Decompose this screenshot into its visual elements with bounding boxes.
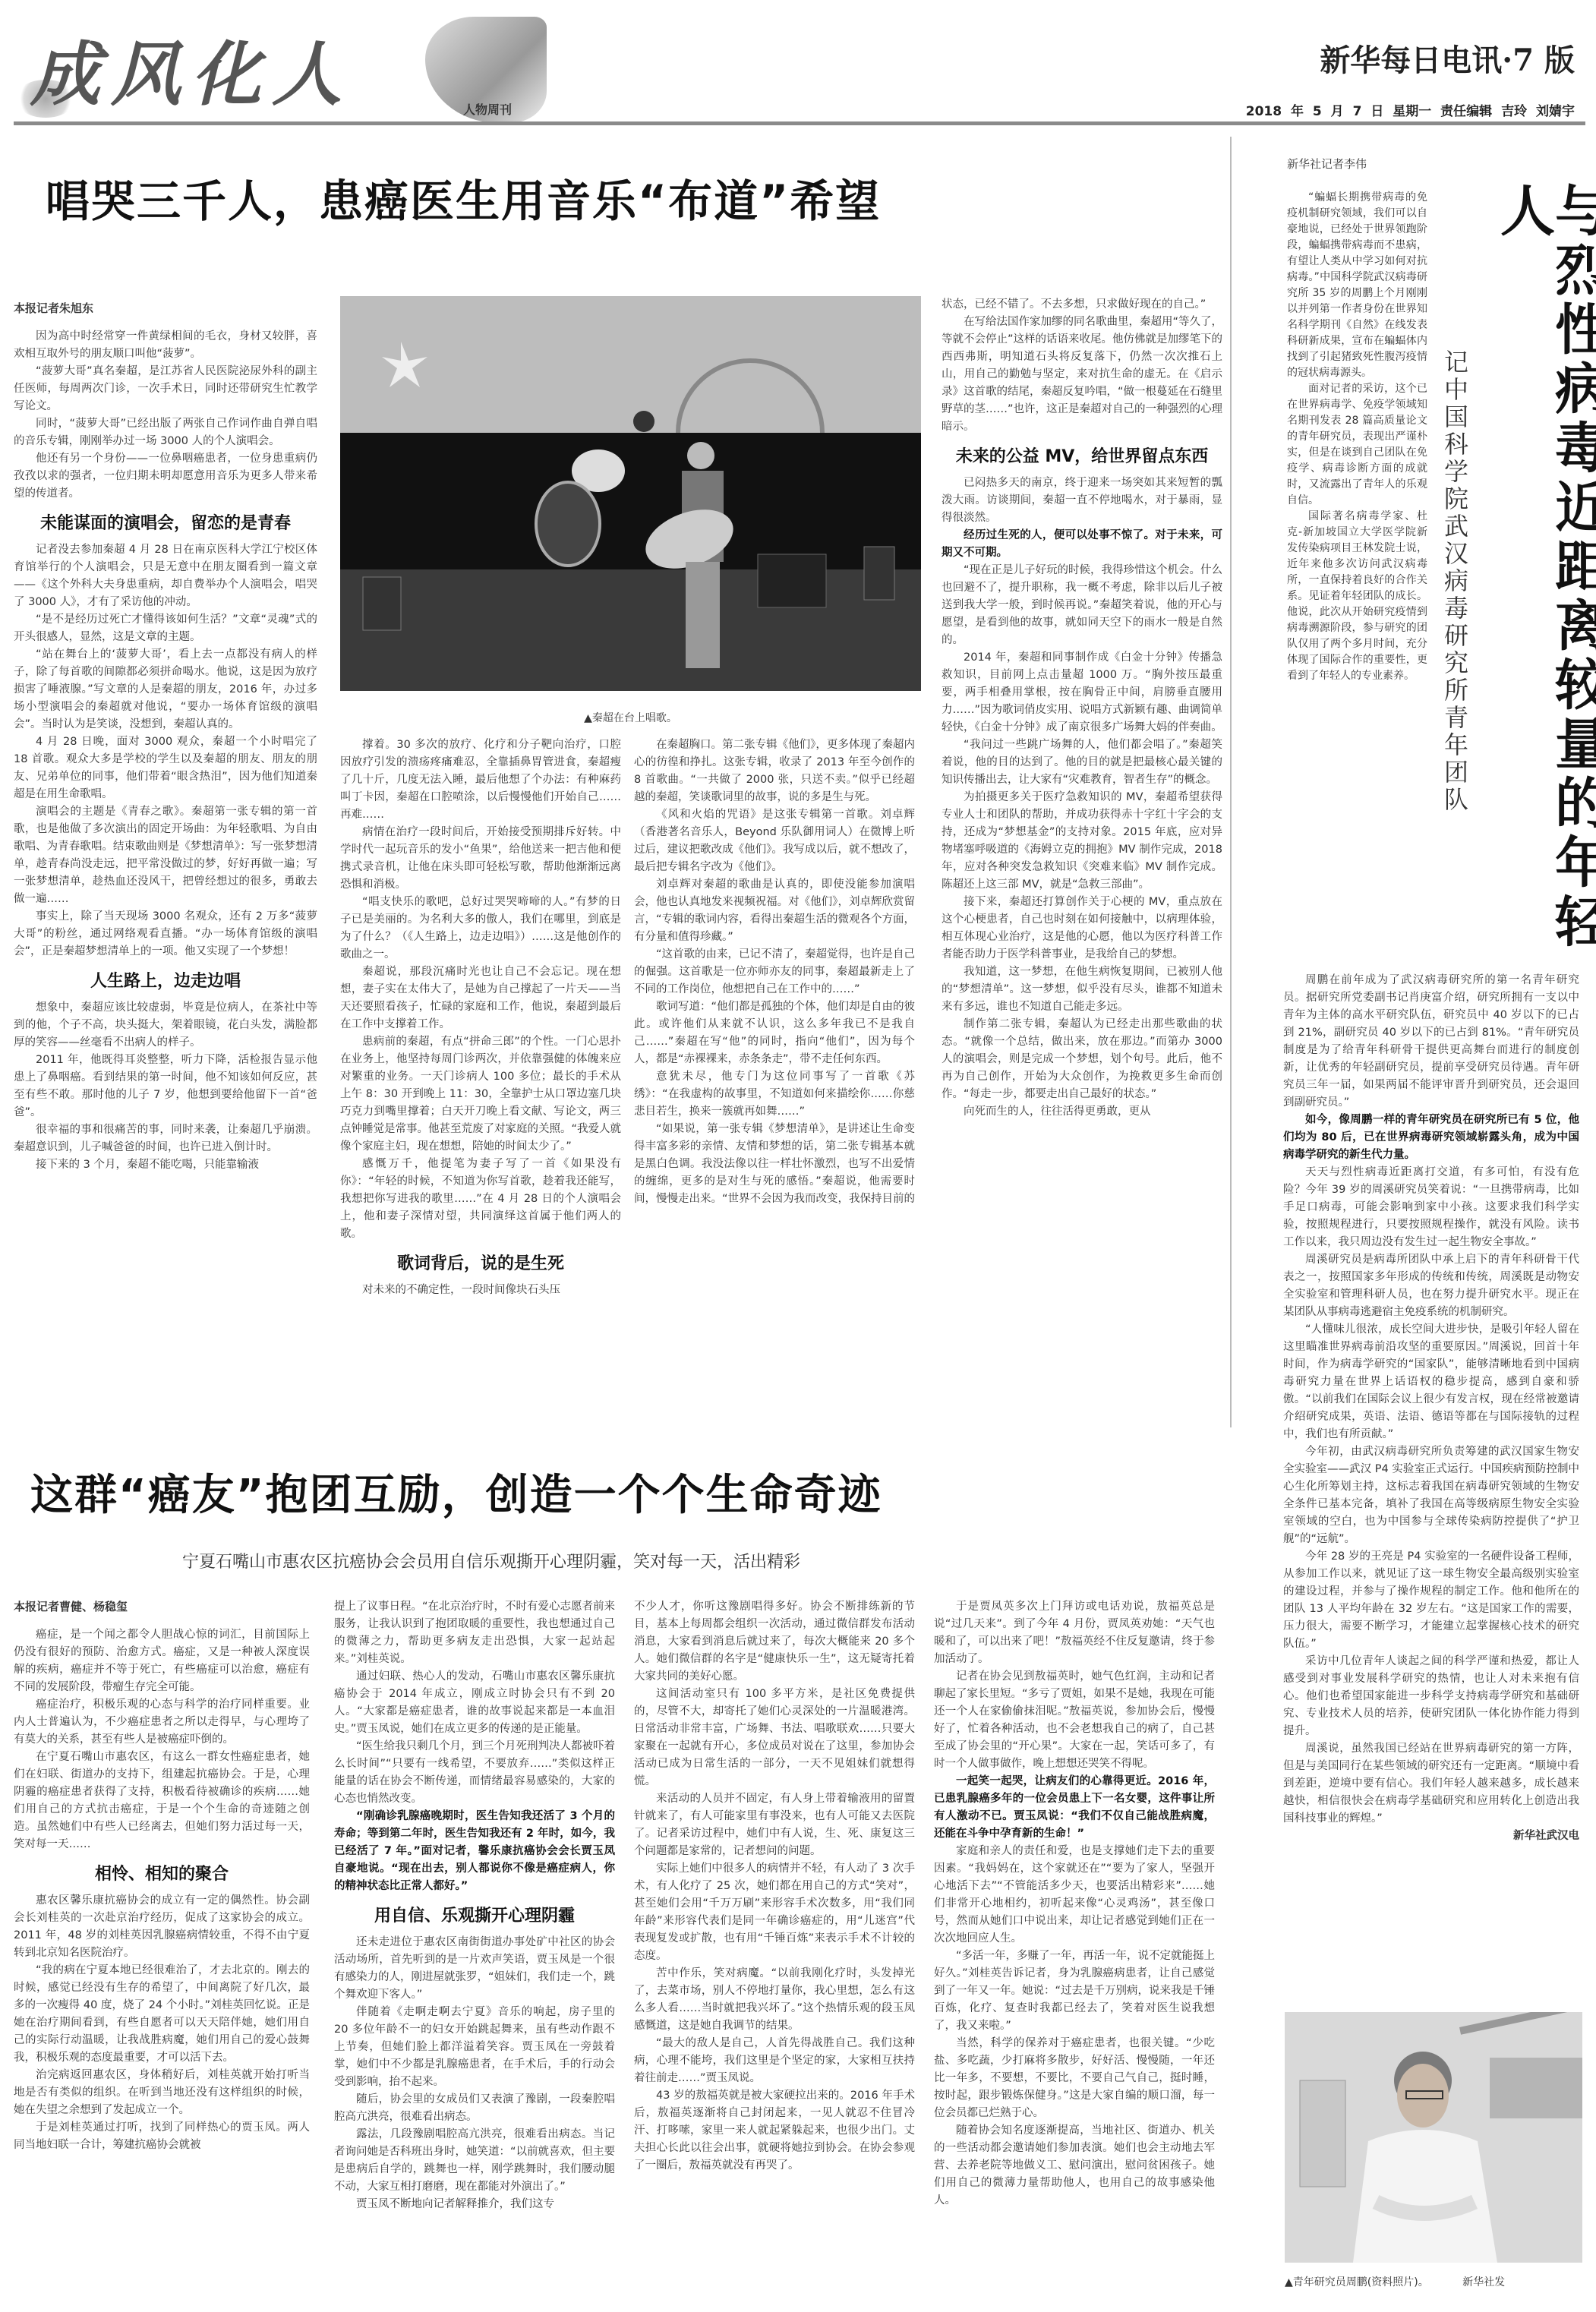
caption-text: ▲青年研究员周鹏(资料照片)。 <box>1285 2276 1429 2288</box>
paragraph: 来活动的人员并不固定，有人身上带着输液用的留置针就来了，有人可能家里有事没来，也… <box>634 1790 915 1860</box>
paragraph: 想象中，秦超应该比较虚弱，毕竟是位病人，在茶社中等到的他，个子不高，块头挺大，架… <box>14 999 317 1052</box>
paper-name: 新华每日电讯·7 版 <box>1320 36 1575 80</box>
paragraph: 家庭和亲人的责任和爱，也是支撑她们走下去的重要因素。“我妈妈在，这个家就还在”“… <box>934 1843 1215 1948</box>
paragraph: 贾玉凤不断地向记者解释推介，我们这专 <box>334 2196 615 2213</box>
paragraph: 还未走进位于惠农区南街街道办事处矿中社区的协会活动场所，首先听到的是一片欢声笑语… <box>334 1934 615 2004</box>
paragraph: 随着协会知名度逐渐提高，当地社区、街道办、机关的一些活动都会邀请她们参加表演。她… <box>934 2122 1215 2209</box>
paragraph: “现在正是儿子好玩的时候，我得珍惜这个机会。什么也回避不了，提升职称，我一概不考… <box>942 562 1222 649</box>
paragraph: “我的病在宁夏本地已经很难治了，才去北京的。刚去的时候，感觉已经没有生存的希望了… <box>14 1962 310 2067</box>
paragraph: “医生给我只剩几个月，到三个月死刑判决人都被吓着么长时间”“只要有一线希望，不要… <box>334 1738 615 1808</box>
column-divider <box>1230 137 1232 1427</box>
paragraph: 这间活动室只有 100 多平方米，是社区免费提供的，尽管不大，却寄托了她们心灵深… <box>634 1686 915 1790</box>
paragraph: 惠农区馨乐康抗癌协会的成立有一定的偶然性。协会副会长刘桂英的一次赴京治疗经历，促… <box>14 1892 310 1962</box>
paragraph: 制作第二张专辑，秦超认为已经走出那些歌曲的状态。“就像一个总结，做出来，放在那边… <box>942 1016 1222 1103</box>
paragraph: 提上了议事日程。“在北京治疗时，不时有爱心志愿者前来服务，让我认识到了抱团取暖的… <box>334 1598 615 1668</box>
paragraph: 经历过生死的人，便可以处事不惊了。对于未来，可期又不可期。 <box>942 527 1222 562</box>
paragraph: 实际上她们中很多人的病情并不轻，有人动了 3 次手术，有人化疗了 25 次，她们… <box>634 1860 915 1965</box>
paragraph: 同时，“菠萝大哥”已经出版了两张自己作词作曲自弹自唱的音乐专辑，刚刚举办过一场 … <box>14 415 317 450</box>
story1-col1: 本报记者朱旭东 因为高中时经常穿一件黄绿相间的毛衣，身材又较胖，喜欢相互取外号的… <box>14 300 317 1174</box>
story2-headline[interactable]: 这群“癌友”抱团互励，创造一个个生命奇迹 <box>30 1462 882 1522</box>
paragraph: 刘卓辉对秦超的歌曲是认真的，即使没能参加演唱会，他也认真地发来视频祝福。对《他们… <box>634 876 915 946</box>
paragraph: “站在舞台上的‘菠萝大哥’，看上去一点都没有病人的样子，除了每首歌的间隙都必须拼… <box>14 646 317 733</box>
paragraph: 我知道，这一梦想，在他生病恢复期间，已被别人他的“梦想清单”。这一梦想，似乎没有… <box>942 964 1222 1016</box>
paragraph: “唱支快乐的歌吧，总好过哭哭啼啼的人。”有梦的日子已是美丽的。为名利大多的傲人，… <box>340 894 621 964</box>
story1-col4: 状态，已经不错了。不去多想，只求做好现在的自己。” 在写给法国作家加缪的同名歌曲… <box>942 296 1222 1121</box>
story2-col4: 于是贾凤英多次上门拜访或电话劝说，敖福英总是说“过几天来”。到了今年 4 月份，… <box>934 1598 1215 2209</box>
paragraph: 在写给法国作家加缪的同名歌曲里，秦超用“等久了，等就不会停止”这样的话语来收尾。… <box>942 314 1222 436</box>
story2-section1-heading: 相怜、相知的聚合 <box>14 1866 310 1883</box>
paragraph: 《风和火焰的咒语》是这张专辑第一首歌。刘卓辉（香港著名音乐人，Beyond 乐队… <box>634 806 915 876</box>
paragraph: 2014 年，秦超和同事制作成《白金十分钟》传播急救知识，目前网上点击量超 10… <box>942 649 1222 736</box>
story1-byline: 本报记者朱旭东 <box>14 300 317 317</box>
paragraph: 一起笑一起哭，让病友们的心靠得更近。2016 年，已患乳腺癌多年的一位会员患上下… <box>934 1773 1215 1843</box>
masthead-rule <box>14 121 1585 125</box>
paragraph: 状态，已经不错了。不去多想，只求做好现在的自己。” <box>942 296 1222 314</box>
paragraph: 当然，科学的保养对于癌症患者，也很关键。“少吃盐、多吃蔬，少打麻将多散步，好好活… <box>934 2035 1215 2122</box>
paragraph: 为拍摄更多关于医疗急救知识的 MV，秦超希望获得专业人士和团队的帮助，并成功获得… <box>942 789 1222 894</box>
paragraph: 今年初，由武汉病毒研究所负责筹建的武汉国家生物安全实验室——武汉 P4 实验室正… <box>1283 1443 1579 1548</box>
story3-byline: 新华社记者李伟 <box>1287 156 1367 172</box>
researcher-photo-caption: ▲青年研究员周鹏(资料照片)。 新华社发 <box>1285 2274 1582 2289</box>
paragraph: 在宁夏石嘴山市惠农区，有这么一群女性癌症患者，她们在妇联、街道办的支持下，组建起… <box>14 1749 310 1853</box>
paragraph: “刚确诊乳腺癌晚期时，医生告知我还活了 3 个月的寿命；等到第二年时，医生告知我… <box>334 1808 615 1895</box>
paragraph: “是不是经历过死亡才懂得该如何生活？”文章“灵魂”式的开头很感人，显然，这是文章… <box>14 611 317 646</box>
paragraph: 伴随着《走啊走啊去宁夏》音乐的响起，房子里的 20 多位年龄不一的妇女开始跳起舞… <box>334 2004 615 2091</box>
paragraph: 于是刘桂英通过打听，找到了同样热心的贾玉凤。两人同当地妇联一合计，筹建抗癌协会就… <box>14 2119 310 2154</box>
photo-credit: 新华社发 <box>1462 2276 1505 2288</box>
paragraph: 患病前的秦超，有点“拼命三郎”的个性。一门心思扑在业务上，他坚持每周门诊两次，并… <box>340 1033 621 1156</box>
paragraph: “蝙蝠长期携带病毒的免疫机制研究领域，我们可以自豪地说，已经处于世界领跑阶段，蝙… <box>1287 190 1427 381</box>
paragraph: 于是贾凤英多次上门拜访或电话劝说，敖福英总是说“过几天来”。到了今年 4 月份，… <box>934 1598 1215 1668</box>
paragraph: 采访中几位青年人谈起之间的科学严谨和热爱，都让人感受到对事业发展科学研究的热情，… <box>1283 1653 1579 1740</box>
paragraph: “最大的敌人是自己，人首先得战胜自己。我们这种病，心理不能垮，我们这里是个坚定的… <box>634 2035 915 2087</box>
paragraph: 向死而生的人，往往活得更勇敢，更从 <box>942 1103 1222 1121</box>
paragraph: 国际著名病毒学家、杜克-新加坡国立大学医学院新发传染病项目王林发院士说，近年来他… <box>1287 509 1427 684</box>
concert-photo <box>340 296 921 691</box>
story2-section2-heading: 用自信、乐观撕开心理阴霾 <box>334 1907 615 1925</box>
paragraph: 面对记者的采访，这个已在世界病毒学、免疫学领域知名期刊发表 28 篇高质量论文的… <box>1287 381 1427 509</box>
paragraph: 随后，协会里的女成员们又表演了豫剧，一段秦腔唱腔高亢洪亮，很难看出病态。 <box>334 2091 615 2126</box>
researcher-photo <box>1285 2012 1582 2263</box>
paragraph: 不少人才，你听这豫剧唱得多好。协会不断排练新的节目，基本上每周都会组织一次活动，… <box>634 1598 915 1686</box>
paragraph: 演唱会的主题是《青春之歌》。秦超第一张专辑的第一首歌，也是他做了多次演出的固定开… <box>14 803 317 908</box>
story3-wide-col: 周鹏在前年成为了武汉病毒研究所的第一名青年研究员。据研究所党委副书记肖庚富介绍，… <box>1283 972 1579 1845</box>
paragraph: 苦中作乐，笑对病魔。“以前我刚化疗时，头发掉光了，去菜市场，别人不停地打量你，我… <box>634 1965 915 2035</box>
story3-dateline: 新华社武汉电 <box>1283 1828 1579 1845</box>
paragraph: 通过妇联、热心人的发动，石嘴山市惠农区馨乐康抗癌协会于 2014 年成立，刚成立… <box>334 1668 615 1738</box>
paragraph: “我问过一些跳广场舞的人，他们都会唱了。”秦超笑着说，他的目的达到了。他的目的就… <box>942 736 1222 789</box>
section-subtitle: 人物周刊 <box>463 100 512 118</box>
paragraph: “人懂味儿很浓，成长空间大进步快，是吸引年轻人留在这里瞄准世界病毒前沿攻坚的重要… <box>1283 1321 1579 1443</box>
paragraph: 接下来的 3 个月，秦超不能吃喝，只能靠输液 <box>14 1156 317 1174</box>
story3-subtitle: 记中国科学院武汉病毒研究所青年团队 <box>1443 349 1467 881</box>
story1-col2: 撑着。30 多次的放疗、化疗和分子靶向治疗，口腔因放疗引发的溃疡疼痛难忍，全靠插… <box>340 736 621 1299</box>
paragraph: 周溪研究员是病毒所团队中承上启下的青年科研骨干代表之一，按照国家多年形成的传统和… <box>1283 1251 1579 1321</box>
paragraph: 意犹未尽，他专门为这位同事写了一首歌《苏绣》：“在我虚构的故事里，不知道如何来描… <box>634 1068 915 1121</box>
paragraph: 露法，几段豫剧唱腔高亢洪亮，很难看出病态。当记者询问她是否科班出身时，她笑道：“… <box>334 2126 615 2196</box>
story2-col2: 提上了议事日程。“在北京治疗时，不时有爱心志愿者前来服务，让我认识到了抱团取暖的… <box>334 1598 615 2213</box>
section-title: 成风化人 <box>30 19 352 119</box>
paragraph: 今年 28 岁的王亮是 P4 实验室的一名硬件设备工程师，从参加工作以来，就见证… <box>1283 1548 1579 1653</box>
paragraph: 癌症治疗，积极乐观的心态与科学的治疗同样重要。业内人士普遍认为，不少癌症患者之所… <box>14 1696 310 1749</box>
researcher-lab-image <box>1285 2012 1582 2263</box>
paragraph: 4 月 28 日晚，面对 3000 观众，秦超一个小时唱完了 18 首歌。观众大… <box>14 733 317 803</box>
story2-col3: 不少人才，你听这豫剧唱得多好。协会不断排练新的节目，基本上每周都会组织一次活动，… <box>634 1598 915 2175</box>
paragraph: “多活一年，多赚了一年，再活一年，说不定就能挺上好久。”刘桂英告诉记者，身为乳腺… <box>934 1948 1215 2035</box>
paragraph: 对未来的不确定性，一段时间像块石头压 <box>340 1282 621 1299</box>
paragraph: “菠萝大哥”真名秦超，是江苏省人民医院泌尿外科的副主任医师，每周两次门诊，一次手… <box>14 363 317 415</box>
story1-section2-heading: 人生路上，边走边唱 <box>14 973 317 990</box>
paragraph: 在秦超胸口。第二张专辑《他们》，更多体现了秦超内心的彷徨和挣扎。这张专辑，收录了… <box>634 736 915 806</box>
paragraph: “这首歌的由来，已记不清了，秦超觉得，也许是自己的倔强。这首歌是一位亦师亦友的同… <box>634 946 915 998</box>
paragraph: 周溪说，虽然我国已经站在世界病毒研究的第一方阵，但是与美国同行在某些领域的研究还… <box>1283 1740 1579 1828</box>
story2-byline: 本报记者曹健、杨稳玺 <box>14 1598 310 1616</box>
concert-stage-image <box>340 296 921 691</box>
paragraph: 因为高中时经常穿一件黄绿相间的毛衣，身材又较胖，喜欢相互取外号的朋友顺口叫他“菠… <box>14 328 317 363</box>
story1-section4-heading: 未来的公益 MV，给世界留点东西 <box>942 448 1222 465</box>
story3-narrow-col: “蝙蝠长期携带病毒的免疫机制研究领域，我们可以自豪地说，已经处于世界领跑阶段，蝙… <box>1287 190 1427 684</box>
paragraph: 事实上，除了当天现场 3000 名观众，还有 2 万多“菠萝大哥”的粉丝，通过网… <box>14 908 317 960</box>
paragraph: 接下来，秦超还打算创作关于心梗的 MV，重点放在这个心梗患者，自己也时刻在如何接… <box>942 894 1222 964</box>
paragraph: 周鹏在前年成为了武汉病毒研究所的第一名青年研究员。据研究所党委副书记肖庚富介绍，… <box>1283 972 1579 1112</box>
paragraph: 感慨万千，他提笔为妻子写了一首《如果没有你》：“年轻的时候，不知道为你写首歌，趁… <box>340 1156 621 1243</box>
story1-section3-heading: 歌词背后，说的是生死 <box>340 1255 621 1273</box>
paragraph: 他还有另一个身份——一位鼻咽癌患者，一位身患重病仍孜孜以求的强者，一位归期未明却… <box>14 450 317 503</box>
paragraph: 记者在协会见到敖福英时，她气色红润，主动和记者聊起了家长里短。“多亏了贾姐，如果… <box>934 1668 1215 1773</box>
paragraph: 如今，像周鹏一样的青年研究员在研究所已有 5 位，他们均为 80 后，已在世界病… <box>1283 1112 1579 1164</box>
paragraph: 很幸福的事和很痛苦的事，同时来袭，让秦超几乎崩溃。秦超意识到，儿子喊爸爸的时间，… <box>14 1121 317 1156</box>
paragraph: 癌症，是一个闻之都令人胆战心惊的词汇，目前国际上仍没有很好的预防、治愈方式。癌症… <box>14 1626 310 1696</box>
paragraph: 已闷热多天的南京，终于迎来一场突如其来短暂的瓢泼大雨。访谈期间，秦超一直不停地喝… <box>942 475 1222 527</box>
story1-section1-heading: 未能谋面的演唱会，留恋的是青春 <box>14 515 317 532</box>
concert-photo-caption: ▲秦超在台上唱歌。 <box>340 710 921 725</box>
paragraph: 撑着。30 多次的放疗、化疗和分子靶向治疗，口腔因放疗引发的溃疡疼痛难忍，全靠插… <box>340 736 621 824</box>
story2-subheadline: 宁夏石嘴山市惠农区抗癌协会会员用自信乐观撕开心理阴霾，笑对每一天，活出精彩 <box>182 1549 800 1572</box>
paragraph: 治完病返回惠农区，身体稍好后，刘桂英就开始打听当地是否有类似的组织。在听到当地还… <box>14 2067 310 2119</box>
date-editor-line: 2018 年 5 月 7 日 星期一 责任编辑 吉玲 刘婧宇 <box>1246 100 1575 119</box>
story3-headline[interactable]: 与烈性病毒近距离较量的年轻人 <box>1496 182 1596 1002</box>
paragraph: 歌词写道：“他们都是孤独的个体，他们却是自由的彼此。或许他们从来就不认识，这么多… <box>634 998 915 1068</box>
story1-headline[interactable]: 唱哭三千人，患癌医生用音乐“布道”希望 <box>46 166 881 229</box>
paragraph: 43 岁的敖福英就是被大家硬拉出来的。2016 年手术后，敖福英逐渐将自己封闭起… <box>634 2087 915 2175</box>
paragraph: 秦超说，那段沉痛时光也让自己不会忘记。现在想想，妻子实在太伟大了，是她为自己撑起… <box>340 964 621 1033</box>
story2-col1: 本报记者曹健、杨稳玺 癌症，是一个闻之都令人胆战心惊的词汇，目前国际上仍没有很好… <box>14 1598 310 2154</box>
paragraph: 2011 年，他既得耳炎整整，听力下降，活检报告显示他患上了鼻咽癌。看到结果的第… <box>14 1052 317 1121</box>
paragraph: “如果说，第一张专辑《梦想清单》，是讲述让生命变得丰富多彩的亲情、友情和梦想的话… <box>634 1121 915 1208</box>
story1-col3: 在秦超胸口。第二张专辑《他们》，更多体现了秦超内心的彷徨和挣扎。这张专辑，收录了… <box>634 736 915 1208</box>
paragraph: 天天与烈性病毒近距离打交道，有多可怕，有没有危险？今年 39 岁的周溪研究员笑着… <box>1283 1164 1579 1251</box>
paragraph: 记者没去参加秦超 4 月 28 日在南京医科大学江宁校区体育馆举行的个人演唱会，… <box>14 541 317 611</box>
paragraph: 病情在治疗一段时间后，开始接受预期排斥好转。中学时代一起玩音乐的发小“鱼果”，给… <box>340 824 621 894</box>
